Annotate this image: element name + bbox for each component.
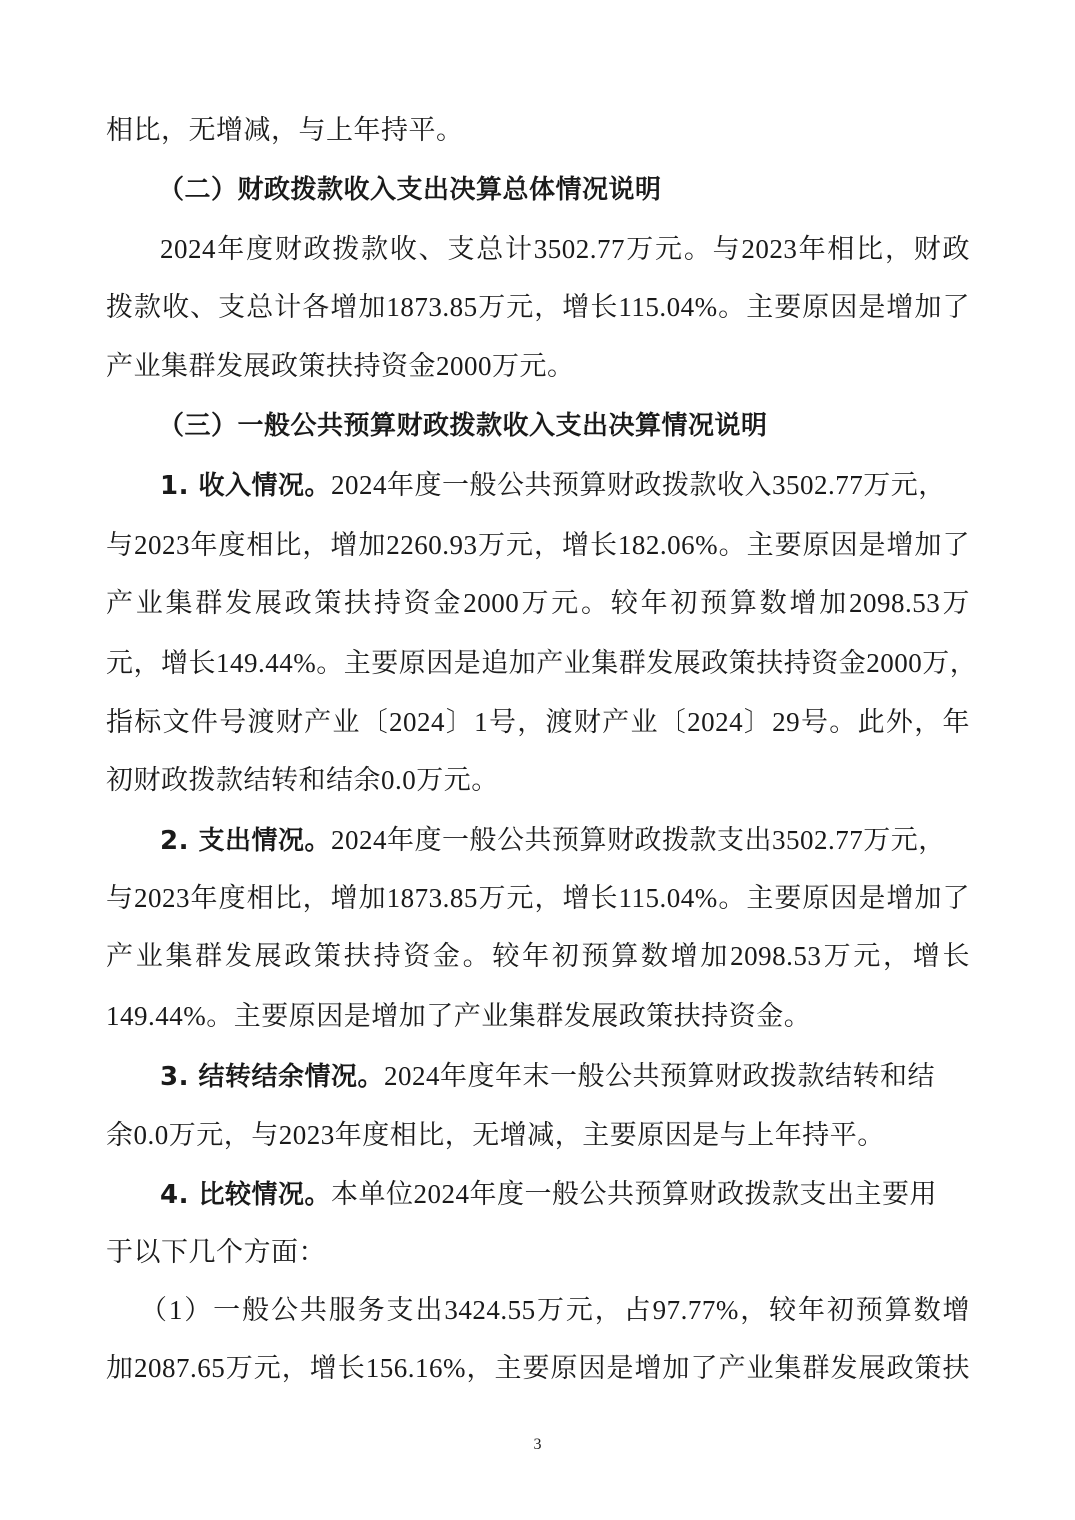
section-heading-2: （二）财政拨款收入支出决算总体情况说明 [158, 172, 1022, 208]
paragraph-text: 2024年度年末一般公共预算财政拨款结转和结 [384, 1061, 935, 1091]
paragraph-line: 于以下几个方面： [106, 1234, 970, 1270]
paragraph-line: 产业集群发展政策扶持资金。较年初预算数增加2098.53万元，增长 [106, 938, 970, 974]
item-lead-comparison: 4. 比较情况。 [160, 1180, 331, 1210]
paragraph-line: 149.44%。主要原因是增加了产业集群发展政策扶持资金。 [106, 998, 970, 1034]
paragraph-text: 2024年度一般公共预算财政拨款支出3502.77万元， [331, 825, 946, 855]
item-lead-carryover: 3. 结转结余情况。 [160, 1062, 384, 1092]
paragraph-line: 加2087.65万元，增长156.16%，主要原因是增加了产业集群发展政策扶 [106, 1350, 970, 1386]
paragraph-line: 余0.0万元，与2023年度相比，无增减，主要原因是与上年持平。 [106, 1117, 970, 1153]
paragraph-line: 产业集群发展政策扶持资金2000万元。较年初预算数增加2098.53万 [106, 585, 970, 621]
paragraph-line: 初财政拨款结转和结余0.0万元。 [106, 762, 970, 798]
paragraph-line: 4. 比较情况。本单位2024年度一般公共预算财政拨款支出主要用 [160, 1176, 970, 1213]
paragraph-line: 元，增长149.44%。主要原因是追加产业集群发展政策扶持资金2000万， [106, 645, 970, 681]
paragraph-line: （1）一般公共服务支出3424.55万元，占97.77%，较年初预算数增 [140, 1292, 970, 1328]
item-lead-expenditure: 2. 支出情况。 [160, 826, 331, 856]
section-heading-3: （三）一般公共预算财政拨款收入支出决算情况说明 [158, 408, 1022, 444]
paragraph-line: 与2023年度相比，增加1873.85万元，增长115.04%。主要原因是增加了 [106, 880, 970, 916]
paragraph-text: 2024年度一般公共预算财政拨款收入3502.77万元， [331, 470, 946, 500]
paragraph-line: 产业集群发展政策扶持资金2000万元。 [106, 348, 970, 384]
paragraph-line: 2024年度财政拨款收、支总计3502.77万元。与2023年相比，财政 [160, 231, 970, 267]
paragraph-line: 2. 支出情况。2024年度一般公共预算财政拨款支出3502.77万元， [160, 822, 970, 859]
page-number: 3 [0, 1436, 1075, 1454]
item-lead-income: 1. 收入情况。 [160, 471, 331, 501]
paragraph-line: 拨款收、支总计各增加1873.85万元，增长115.04%。主要原因是增加了 [106, 289, 970, 325]
paragraph-line: 3. 结转结余情况。2024年度年末一般公共预算财政拨款结转和结 [160, 1058, 970, 1095]
paragraph-line: 1. 收入情况。2024年度一般公共预算财政拨款收入3502.77万元， [160, 467, 970, 504]
paragraph-line: 相比，无增减，与上年持平。 [106, 112, 970, 148]
paragraph-line: 与2023年度相比，增加2260.93万元，增长182.06%。主要原因是增加了 [106, 527, 970, 563]
paragraph-text: 本单位2024年度一般公共预算财政拨款支出主要用 [331, 1179, 937, 1209]
paragraph-line: 指标文件号渡财产业〔2024〕1号，渡财产业〔2024〕29号。此外，年 [106, 704, 970, 740]
